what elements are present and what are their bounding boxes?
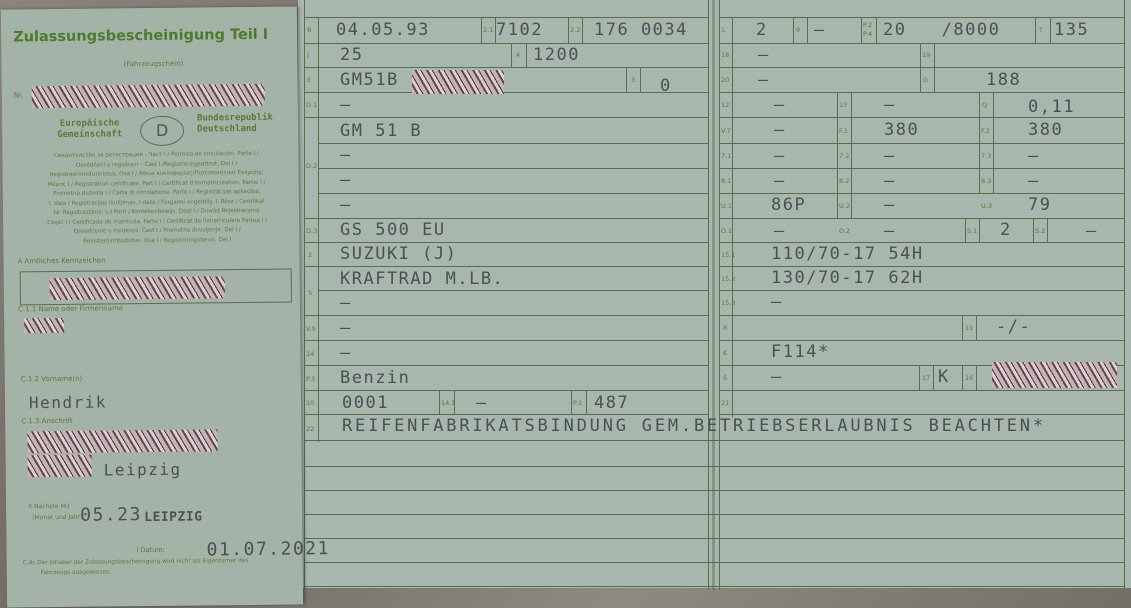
field-label-15-3: 15.3 — [721, 299, 735, 307]
field-value-14-1: – — [476, 393, 488, 413]
label-C13-address: C.1.3 Anschrift — [21, 417, 73, 426]
field-label-15-1: 15.1 — [721, 251, 735, 259]
field-value-17: K — [938, 367, 950, 387]
field-label-S2: S.2 — [1035, 227, 1045, 235]
label-C12-firstname: C.1.2 Vorname(n) — [21, 375, 83, 384]
label-X-next-inspection: X Nächste HU — [28, 503, 69, 510]
redacted-registration-number — [50, 276, 225, 300]
value-issue-date: 01.07.2021 — [206, 538, 330, 560]
field-label-K: K — [723, 349, 727, 357]
field-value-V9: – — [340, 318, 352, 338]
value-next-inspection: 05.23 — [80, 504, 142, 526]
field-label-V7: V.7 — [721, 127, 731, 135]
nr-label: Nr. — [14, 91, 24, 99]
field-value-S1: 2 — [1000, 220, 1012, 240]
field-label-P4: P.4 — [863, 30, 872, 38]
field-label-U2: U.2 — [839, 202, 850, 210]
field-label-2: 2 — [308, 251, 312, 259]
field-value-P2-P4: 20 /8000 — [883, 20, 1000, 40]
field-value-D2-4: – — [340, 195, 352, 215]
field-label-21: 21 — [721, 399, 729, 407]
field-label-S1: S.1 — [967, 227, 977, 235]
field-value-11: -/- — [996, 317, 1031, 337]
field-label-P1: P.1 — [573, 399, 582, 407]
field-label-20: 20 — [721, 76, 729, 84]
field-label-13: 13 — [839, 101, 847, 109]
field-label-7-2: 7.2 — [839, 152, 849, 160]
field-label-4: 4 — [516, 51, 520, 59]
field-value-E: GM51B — [340, 70, 399, 90]
field-value-9: – — [814, 20, 826, 40]
field-value-D2-3: – — [340, 170, 352, 190]
field-value-P1: 487 — [594, 393, 629, 413]
field-label-T: T — [1039, 26, 1043, 34]
field-value-D1: – — [340, 95, 352, 115]
field-label-16: 16 — [965, 374, 973, 382]
field-value-U3: 79 — [1028, 195, 1051, 215]
field-value-G: 188 — [986, 70, 1021, 90]
field-label-Q: Q — [982, 101, 987, 109]
field-value-7-1: – — [774, 146, 786, 166]
field-value-8-3: – — [1028, 171, 1040, 191]
redacted-document-number — [32, 84, 265, 108]
field-value-B: 04.05.93 — [336, 20, 430, 40]
field-label-14: 14 — [306, 350, 314, 358]
field-value-F2: 380 — [1028, 120, 1063, 140]
label-C11-name: C.1.1 Name oder Firmenname — [18, 304, 123, 313]
field-label-J: J — [307, 51, 309, 59]
field-label-15-2: 15.2 — [721, 275, 735, 283]
field-label-8-2: 8.2 — [839, 177, 849, 185]
field-value-O1: – — [774, 221, 786, 241]
redacted-field-16 — [992, 362, 1117, 388]
field-value-V7: – — [774, 120, 786, 140]
field-label-10: 10 — [306, 399, 314, 407]
field-label-8-3: 8.3 — [981, 177, 991, 185]
value-city: Leipzig — [104, 460, 182, 480]
field-value-P3: Benzin — [340, 368, 410, 388]
grid-line — [708, 0, 709, 590]
field-value-J: 25 — [340, 45, 363, 65]
page-fold — [712, 0, 715, 590]
field-value-20: – — [758, 70, 770, 90]
field-label-F2: F.2 — [981, 127, 990, 135]
field-label-D1: D.1 — [306, 101, 317, 109]
field-label-6: 6 — [723, 374, 727, 382]
field-label-R: R — [723, 324, 728, 332]
field-value-22-remarks: REIFENFABRIKATSBINDUNG GEM.BETRIEBSERLAU… — [342, 416, 1046, 436]
country-code-oval: D — [140, 116, 184, 146]
field-label-U3: U.3 — [981, 202, 992, 210]
field-value-18: – — [758, 45, 770, 65]
field-label-F1: F.1 — [839, 127, 848, 135]
document-subtitle: (Fahrzeugschein) — [123, 60, 183, 69]
redacted-surname — [24, 318, 64, 333]
field-label-5: 5 — [308, 289, 312, 297]
field-value-O2: – — [884, 221, 896, 241]
redacted-vin — [412, 70, 504, 94]
field-label-V9: V.9 — [306, 325, 316, 333]
field-value-3: 0 — [660, 76, 672, 96]
grid-line — [304, 0, 305, 590]
country-label-line-1: Bundesrepublik — [197, 113, 273, 125]
grid-line — [318, 17, 319, 442]
field-label-2-2: 2.2 — [570, 26, 580, 34]
label-X-month-year: (Monat und Jahr) — [32, 514, 82, 522]
field-value-6: – — [771, 367, 783, 387]
value-firstname: Hendrik — [29, 392, 107, 412]
field-value-2-1: 7102 — [496, 20, 543, 40]
eu-label-line-1: Europäische — [57, 118, 122, 130]
label-I-date: I Datum: — [137, 546, 165, 554]
field-label-G: G — [923, 76, 928, 84]
field-label-8-1: 8.1 — [721, 177, 731, 185]
field-value-10: 0001 — [342, 393, 389, 413]
field-value-15-3: – — [771, 292, 783, 312]
field-value-13: – — [884, 95, 896, 115]
country-label-line-2: Deutschland — [197, 124, 273, 136]
field-value-7-2: – — [884, 146, 896, 166]
field-label-19: 19 — [922, 51, 930, 59]
multilingual-title-block: Свидетелство за регистрация - Част I / P… — [16, 149, 297, 247]
field-value-tire-rear: 130/70-17 62H — [771, 268, 924, 288]
field-value-S2: – — [1086, 221, 1098, 241]
field-value-tire-front: 110/70-17 54H — [771, 244, 924, 264]
field-label-7-1: 7.1 — [721, 152, 731, 160]
field-value-2-2: 176 0034 — [594, 20, 688, 40]
field-label-E: E — [307, 76, 311, 84]
field-label-D3: D.3 — [306, 227, 317, 235]
field-value-D2-2: – — [340, 145, 352, 165]
field-value-D3: GS 500 EU — [340, 220, 446, 240]
multilingual-line: Rekisteröintitodistus. Osa I / Registrer… — [17, 235, 297, 247]
field-label-3: 3 — [631, 76, 635, 84]
field-value-L: 2 — [756, 20, 768, 40]
field-label-U1: U.1 — [721, 202, 732, 210]
field-label-17: 17 — [922, 374, 930, 382]
field-value-7-3: – — [1028, 146, 1040, 166]
value-authority: LEIPZIG — [144, 509, 202, 525]
field-value-8-1: – — [774, 171, 786, 191]
redacted-street — [27, 429, 217, 453]
eu-label-line-2: Gemeinschaft — [57, 129, 122, 141]
field-label-D2: D.2 — [306, 162, 317, 170]
field-label-14-1: 14.1 — [441, 399, 455, 407]
registration-number-box — [20, 269, 292, 306]
field-label-11: 11 — [965, 324, 973, 332]
field-value-D2-1: GM 51 B — [340, 121, 422, 141]
field-label-O2: O.2 — [839, 227, 850, 235]
field-value-8-2: – — [884, 171, 896, 191]
field-label-L: L — [722, 26, 726, 34]
field-value-K: F114* — [771, 342, 830, 362]
field-label-18: 18 — [721, 51, 729, 59]
field-label-12: 12 — [721, 101, 729, 109]
field-label-9: 9 — [796, 26, 800, 34]
field-value-U2: – — [884, 195, 896, 215]
field-label-B: B — [307, 26, 311, 34]
grid-line — [732, 17, 733, 417]
field-label-2-1: 2.1 — [483, 26, 493, 34]
field-label-7-3: 7.3 — [981, 152, 991, 160]
field-value-T: 135 — [1054, 20, 1089, 40]
label-C4c-notice-line-1: C.4c Der Inhaber der Zulassungsbescheini… — [23, 558, 249, 566]
field-label-O1: O.1 — [721, 227, 732, 235]
field-value-F1: 380 — [884, 120, 919, 140]
redacted-postcode — [28, 455, 92, 478]
grid-line — [1124, 0, 1125, 590]
country-label: Bundesrepublik Deutschland — [197, 113, 273, 136]
field-value-5-2: – — [340, 293, 352, 313]
label-C4c-notice-line-2: Fahrzeugs ausgewiesen. — [41, 569, 112, 576]
field-value-4: 1200 — [533, 45, 580, 65]
field-label-22: 22 — [306, 425, 314, 433]
field-value-12: – — [774, 95, 786, 115]
field-label-P3: P.3 — [306, 375, 315, 383]
field-value-14: – — [340, 343, 352, 363]
field-value-U1: 86P — [771, 195, 806, 215]
label-A-registration-number: A Amtliches Kennzeichen — [17, 256, 105, 265]
field-value-Q: 0,11 — [1028, 97, 1075, 117]
field-label-P2: P.2 — [863, 21, 872, 29]
field-value-make: SUZUKI (J) — [340, 244, 457, 264]
eu-label: Europäische Gemeinschaft — [57, 118, 122, 141]
grid-line — [719, 0, 720, 590]
document-title: Zulassungsbescheinigung Teil I — [13, 27, 268, 46]
document-cover-page: Zulassungsbescheinigung Teil I (Fahrzeug… — [1, 6, 303, 607]
field-value-5-1: KRAFTRAD M.LB. — [340, 269, 504, 289]
